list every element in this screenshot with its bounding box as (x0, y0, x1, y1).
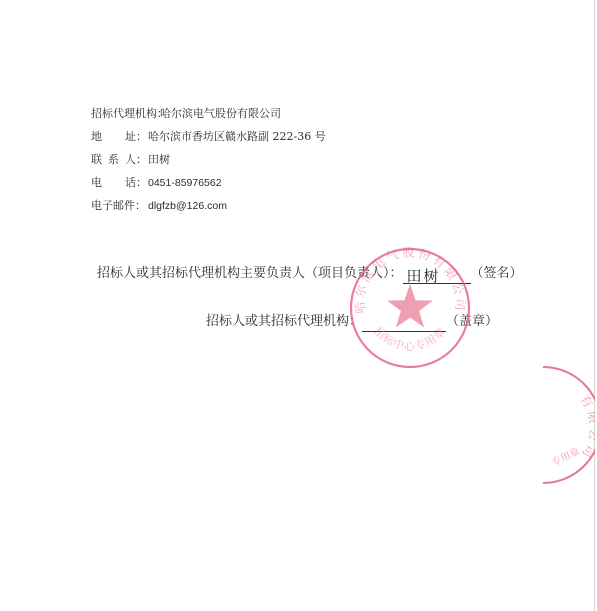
address-label: 地 址： (91, 128, 147, 146)
page-edge (594, 0, 595, 611)
handwritten-signature: 田树 (407, 268, 441, 284)
partial-seal-ring-text: 有限公司 (577, 393, 595, 464)
contact-label-char: 系 (108, 151, 119, 169)
svg-text:有限公司: 有限公司 (577, 393, 595, 464)
address-label-char: 址： (125, 128, 147, 146)
agency-value: 哈尔滨电气股份有限公司 (160, 105, 281, 123)
address-label-char: 地 (91, 128, 102, 146)
seal-field[interactable] (362, 315, 446, 332)
agency-seal-label: 招标人或其招标代理机构： (206, 312, 362, 332)
partial-seal-stamp: 有限公司 专用章 (543, 364, 595, 486)
agency-label: 招标代理机构： (91, 105, 149, 123)
sign-suffix: （签名） (471, 264, 523, 284)
contact-label-char: 人： (125, 151, 147, 169)
phone-label-char: 话： (125, 174, 147, 192)
contact-person-label: 联 系 人： (91, 151, 147, 169)
seal-suffix: （盖章） (446, 312, 498, 332)
contact-person-value: 田树 (148, 151, 170, 169)
email-value: dlgfzb@126.com (148, 197, 227, 215)
phone-label: 电 话： (91, 174, 147, 192)
agency-seal-line: 招标人或其招标代理机构：（盖章） (206, 312, 498, 332)
responsible-person-label: 招标人或其招标代理机构主要负责人（项目负责人）： (97, 264, 403, 284)
partial-seal-bottom-text: 专用章 (549, 445, 582, 469)
phone-value: 0451-85976562 (148, 174, 222, 192)
address-value: 哈尔滨市香坊区赣水路副 222-36 号 (148, 128, 326, 146)
email-label: 电子邮件： (91, 197, 149, 215)
contact-label-char: 联 (91, 151, 102, 169)
responsible-person-signature-line: 招标人或其招标代理机构主要负责人（项目负责人）：田树（签名） (97, 264, 523, 284)
phone-label-char: 电 (91, 174, 102, 192)
partial-seal-graphic: 有限公司 专用章 (543, 364, 595, 486)
signature-field[interactable]: 田树 (403, 267, 471, 284)
